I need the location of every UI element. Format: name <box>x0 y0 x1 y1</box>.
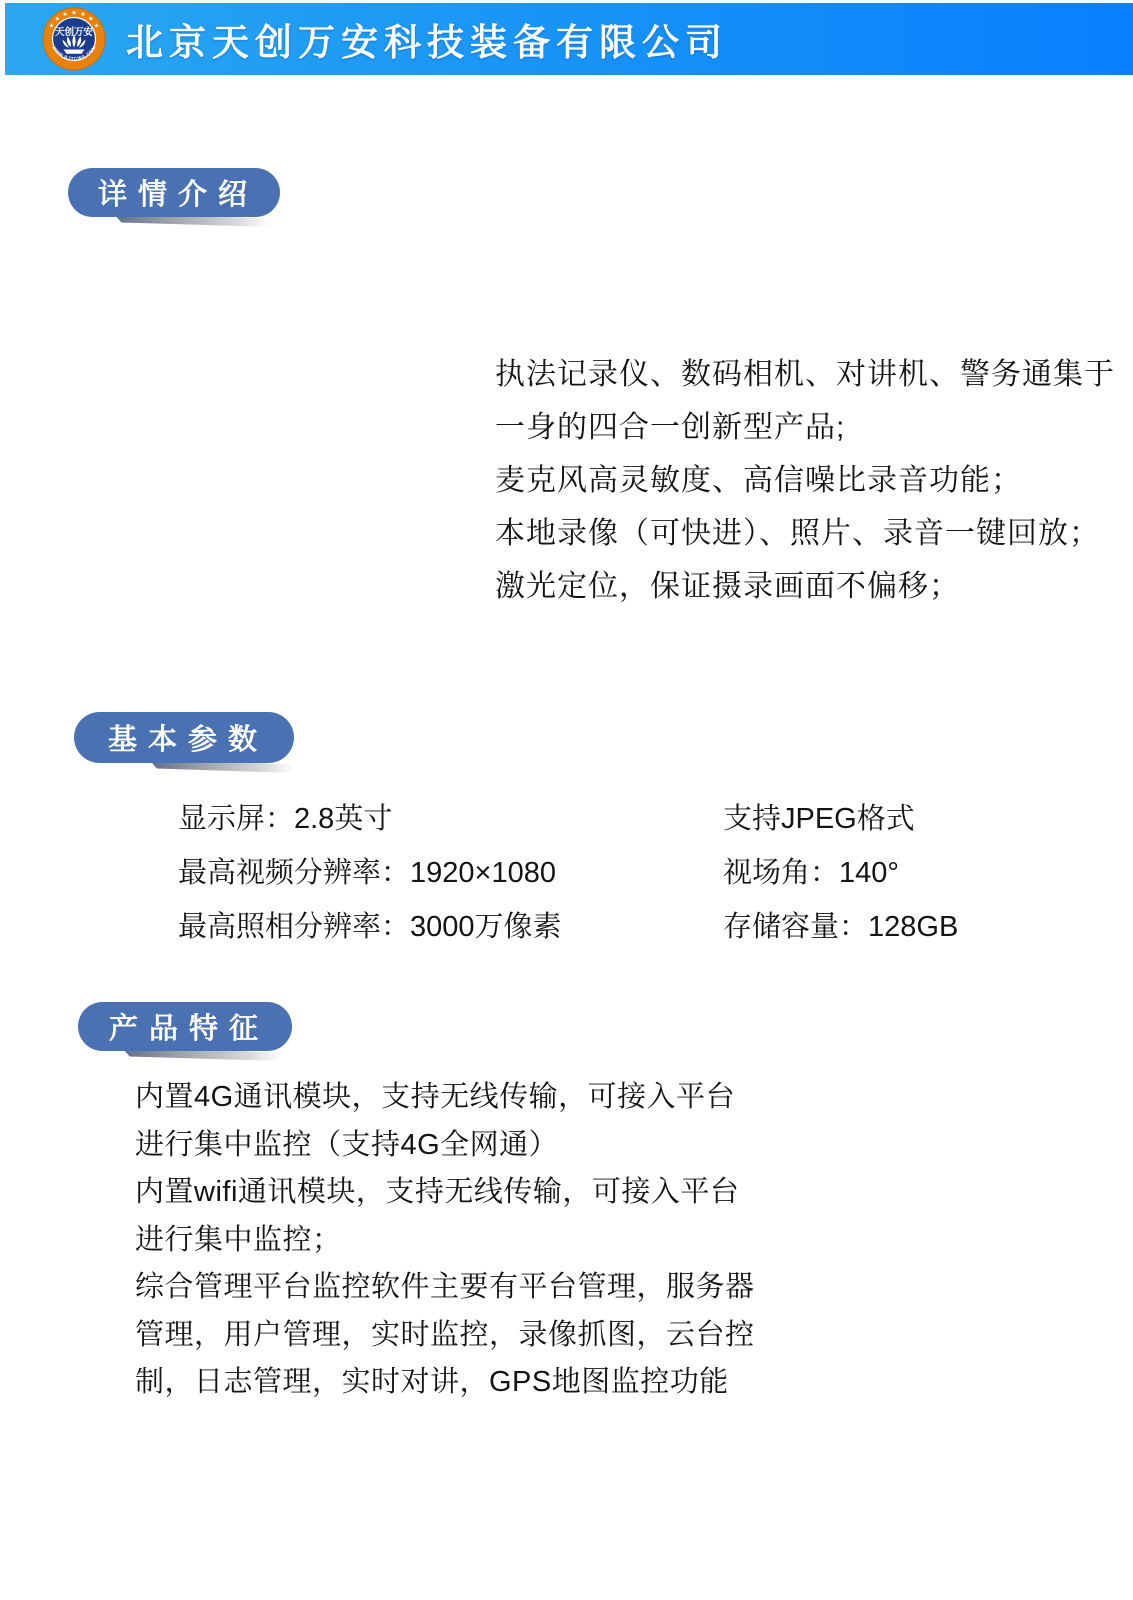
params-left-column: 显示屏：2.8英寸 最高视频分辨率：1920×1080 最高照相分辨率：3000… <box>178 792 562 954</box>
feature-line: 管理，用户管理，实时监控，录像抓图，云台控 <box>135 1312 755 1360</box>
section-title-features: 产品特征 <box>78 1002 292 1051</box>
product-detail-page: ★ ★ ★ ★ ★ ★ ★ 天创万安 WWW.BJTCWA.COM 北京天创 <box>0 0 1133 1600</box>
feature-line: 内置4G通讯模块，支持无线传输，可接入平台 <box>135 1074 755 1122</box>
param-item: 最高视频分辨率：1920×1080 <box>178 846 562 900</box>
param-item: 最高照相分辨率：3000万像素 <box>178 900 562 954</box>
intro-line: 麦克风高灵敏度、高信噪比录音功能； <box>495 454 1115 507</box>
intro-line: 本地录像（可快进）、照片、录音一键回放； <box>495 507 1115 560</box>
intro-line: 执法记录仪、数码相机、对讲机、警务通集于 <box>495 348 1115 401</box>
svg-text:★: ★ <box>62 11 67 18</box>
svg-text:★: ★ <box>80 11 85 18</box>
feature-line: 进行集中监控（支持4G全网通） <box>135 1122 755 1170</box>
param-item: 支持JPEG格式 <box>723 792 958 846</box>
company-name: 北京天创万安科技装备有限公司 <box>126 12 728 66</box>
param-item: 视场角：140° <box>723 846 958 900</box>
feature-line: 进行集中监控； <box>135 1217 755 1265</box>
param-item: 存储容量：128GB <box>723 900 958 954</box>
svg-text:★: ★ <box>55 16 60 23</box>
svg-text:★: ★ <box>94 23 99 30</box>
section-title-params: 基本参数 <box>74 712 294 763</box>
intro-line: 一身的四合一创新型产品; <box>495 401 1115 454</box>
section-title-intro: 详情介绍 <box>68 168 280 217</box>
feature-line: 内置wifi通讯模块，支持无线传输，可接入平台 <box>135 1169 755 1217</box>
params-right-column: 支持JPEG格式 视场角：140° 存储容量：128GB <box>723 792 958 954</box>
intro-paragraph: 执法记录仪、数码相机、对讲机、警务通集于 一身的四合一创新型产品; 麦克风高灵敏… <box>495 348 1115 613</box>
features-paragraph: 内置4G通讯模块，支持无线传输，可接入平台 进行集中监控（支持4G全网通） 内置… <box>135 1074 755 1407</box>
feature-line: 综合管理平台监控软件主要有平台管理，服务器 <box>135 1264 755 1312</box>
svg-text:★: ★ <box>88 16 93 23</box>
company-logo-icon: ★ ★ ★ ★ ★ ★ ★ 天创万安 WWW.BJTCWA.COM <box>42 7 106 71</box>
intro-line: 激光定位，保证摄录画面不偏移； <box>495 560 1115 613</box>
svg-text:★: ★ <box>71 10 76 17</box>
param-item: 显示屏：2.8英寸 <box>178 792 562 846</box>
svg-text:★: ★ <box>49 23 54 30</box>
feature-line: 制，日志管理，实时对讲，GPS地图监控功能 <box>135 1359 755 1407</box>
header-bar: ★ ★ ★ ★ ★ ★ ★ 天创万安 WWW.BJTCWA.COM 北京天创 <box>5 3 1133 75</box>
